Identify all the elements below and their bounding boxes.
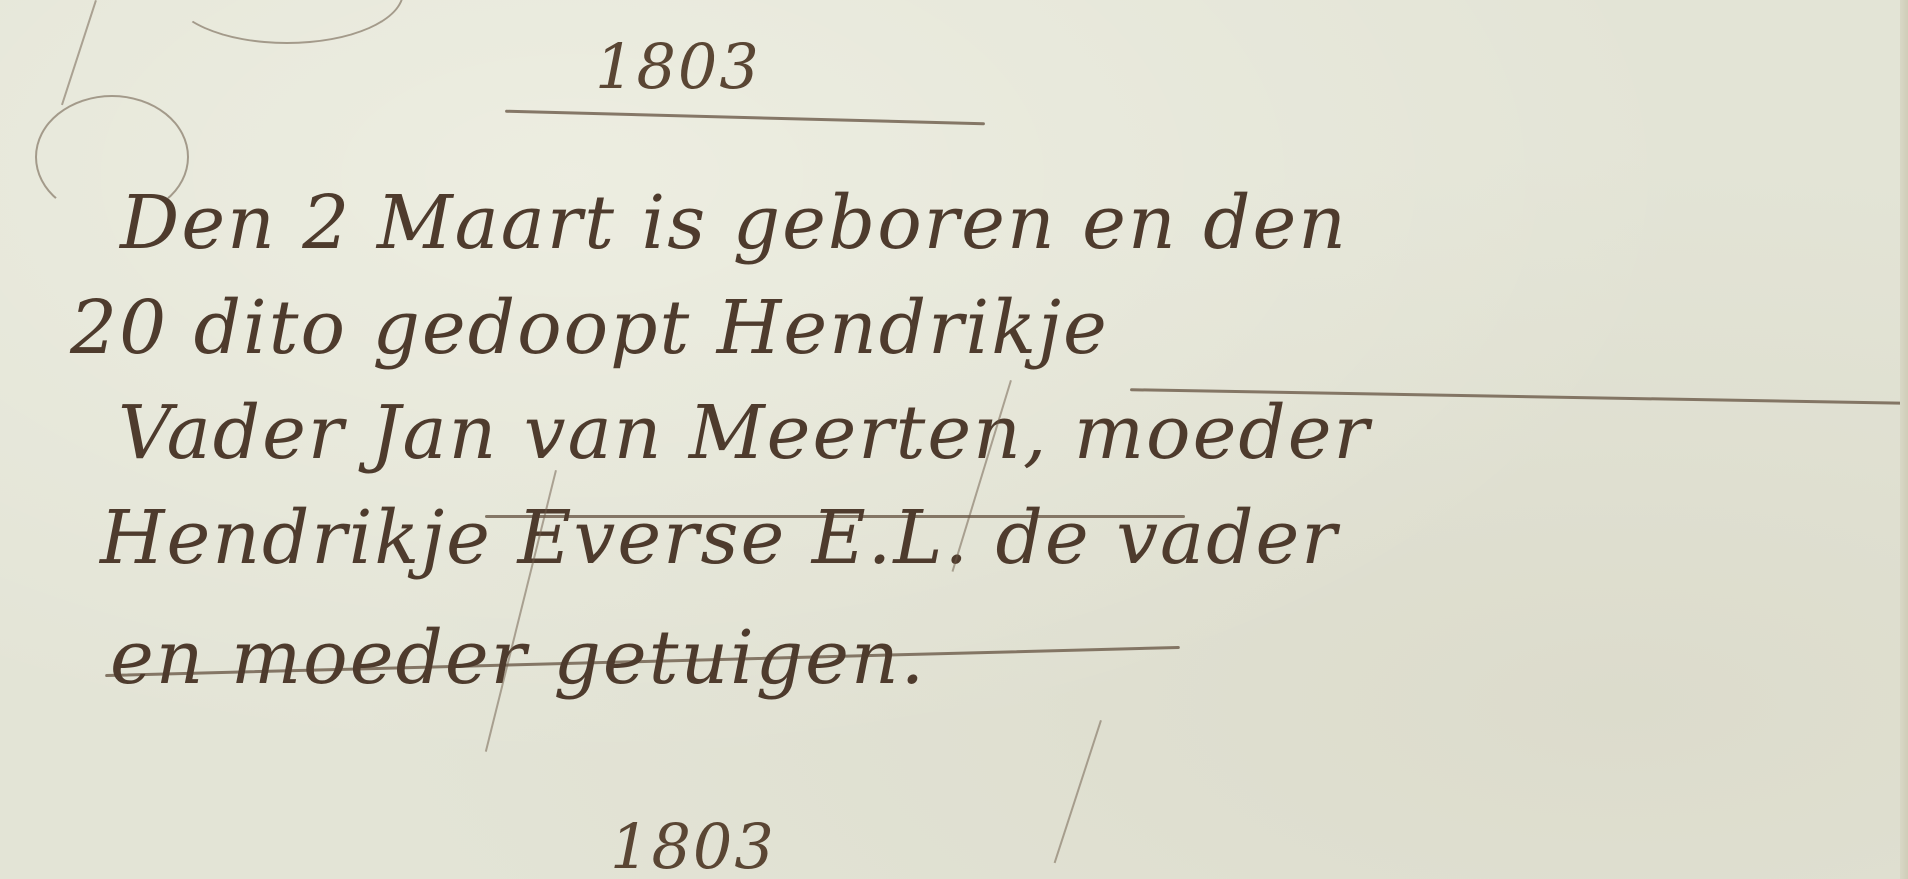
- page-edge: [1900, 0, 1908, 879]
- footer-year: 1803: [610, 810, 776, 879]
- manuscript-page: 1803 Den 2 Maart is geboren en den 20 di…: [0, 0, 1908, 879]
- header-year-rule: [505, 110, 985, 126]
- entry-line-5: en moeder getuigen.: [110, 615, 926, 701]
- left-margin-stroke: [61, 0, 97, 105]
- top-left-flourish: [170, 0, 404, 44]
- entry-line-4: Hendrikje Everse E.L. de vader: [100, 495, 1339, 581]
- header-year: 1803: [595, 30, 761, 103]
- entry-line-1: Den 2 Maart is geboren en den: [120, 180, 1348, 266]
- descender-stroke: [1054, 720, 1102, 863]
- entry-line-2: 20 dito gedoopt Hendrikje: [70, 285, 1109, 371]
- entry-line-3: Vader Jan van Meerten, moeder: [118, 390, 1371, 476]
